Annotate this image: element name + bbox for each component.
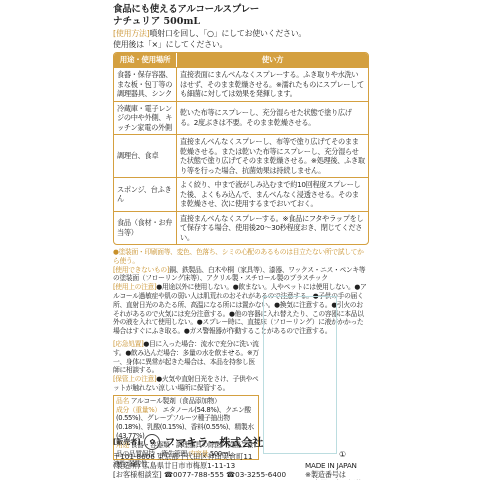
usage-instructions: [使用方法]噴射口を回し、「○」にしてお使いください。 使用後は「×」にしてくだ…	[113, 28, 371, 50]
fumakilla-logo-icon: ✿	[144, 434, 160, 450]
circle-number: ①	[339, 450, 346, 459]
usage-tag: [使用方法]	[113, 29, 149, 38]
product-title: 食品にも使えるアルコールスプレー	[113, 4, 371, 16]
usage-table: 用途・使用場所 使い方 食器・保存容器、まな板・包丁等の調理器具、シンク 直接表…	[113, 52, 369, 245]
company-name: フマキラー株式会社	[164, 438, 263, 447]
blank-box	[263, 296, 337, 454]
header-method: 使い方	[177, 53, 368, 67]
table-row: 冷蔵庫・電子レンジの中や外側、キッチン家電の外側 乾いた布等にスプレーし、充分湿…	[114, 101, 368, 135]
table-row: 食器・保存容器、まな板・包丁等の調理器具、シンク 直接表面にまんべんなくスプレー…	[114, 67, 368, 101]
product-name: ナチュリア 500mL	[113, 16, 371, 28]
header-place: 用途・使用場所	[114, 53, 177, 67]
product-label: 食品にも使えるアルコールスプレー ナチュリア 500mL [使用方法]噴射口を回…	[113, 4, 371, 336]
made-in-japan: MADE IN JAPAN ※製造番号は 容器の底に記載。	[305, 461, 369, 480]
maker-info: [販売者] ✿ フマキラー株式会社 〒101-8606 東京都千代田区神田美倉町…	[113, 434, 313, 479]
table-row: スポンジ、台ふきん よく絞り、中まで液がしみ込むまで約10回程度スプレーした後、…	[114, 177, 368, 211]
table-row: 調理台、食卓 直接まんべんなくスプレーし、布等で塗り広げてそのまま乾燥させる。ま…	[114, 134, 368, 177]
table-row: 食品（食材・お弁当等） 直接まんべんなくスプレーする。※食品にフタやラップをして…	[114, 211, 368, 245]
